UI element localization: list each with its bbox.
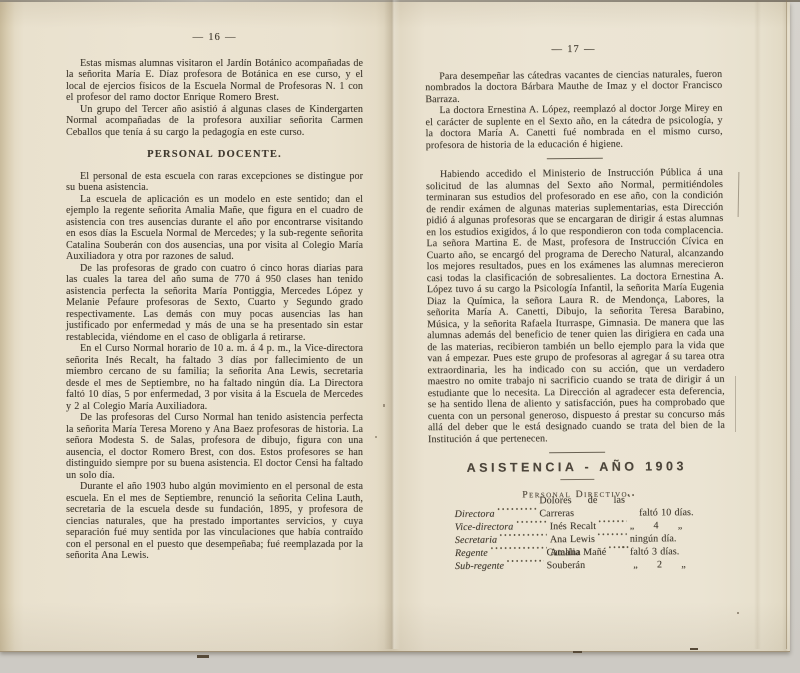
role-label: Directora [455,508,495,521]
section-divider-rule-1 [546,158,602,159]
bottom-ink-mark-2 [573,651,582,653]
dot-leader [628,494,636,497]
role-label: Sub-regente [455,560,504,573]
right-page: — 17 — Para desempeñar las cátedras vaca… [425,43,726,573]
left-paragraph-1: Estas mismas alumnas visitaron el Jardín… [66,58,363,104]
book-scan: — 16 — Estas mismas alumnas visitaron el… [0,0,800,673]
person-name: Catalina Souberán [546,546,619,573]
center-gutter-crease [384,0,400,649]
bottom-ink-mark-1 [197,655,209,658]
dot-leader [516,520,546,523]
dot-leader [491,546,547,549]
page-right-edge [786,0,787,649]
attendance-table: Directora Dolores de las Carreras faltó … [455,506,719,573]
left-paragraph-7: De las profesoras del Curso Normal han t… [66,412,363,481]
role-label: Secretaria [455,534,497,547]
right-paragraph-3: Habiendo accedido el Ministerio de Instr… [426,167,725,445]
section-divider-rule-2 [549,452,605,453]
person-name: Inés Recalt [550,520,597,533]
asistencia-heading: ASISTENCIA - AÑO 1903 [428,461,725,475]
left-paragraph-6: En el Curso Normal horario de 10 a. m. á… [66,343,363,412]
person-name: Dolores de las Carreras [539,494,625,521]
left-paragraph-4: La escuela de aplicación es un modelo en… [66,194,363,263]
dot-leader [500,533,547,536]
left-paragraph-3: El personal de esta escuela con raras ex… [66,171,363,194]
personal-docente-heading: PERSONAL DOCENTE. [66,149,363,161]
gutter-speck-1 [383,404,385,407]
absence-value: faltó 10 días. [639,506,718,520]
scan-top-edge [0,0,800,2]
right-page-number: — 17 — [425,43,722,57]
left-paragraph-5: De las profesoras de grado con cuatro ó … [66,263,363,344]
heading-underline-rule [560,478,594,479]
role-label: Vice-directora [455,520,514,533]
dot-leader [599,520,627,523]
absence-value: „ 4 „ [630,519,718,533]
bottom-ink-mark-3 [690,648,698,650]
right-page-fold [754,0,761,649]
absence-value: „ 2 „ [633,558,718,572]
dot-leader [507,559,544,562]
dot-leader [598,533,627,536]
dot-leader [622,546,630,549]
margin-speck-1 [737,612,739,614]
left-page-number: — 16 — [66,32,363,44]
margin-pencil-mark-2 [735,376,736,432]
role-label: Regente [455,547,488,560]
dot-leader [498,507,537,510]
right-paragraph-2: La doctora Ernestina A. López, reemplazó… [425,103,722,151]
table-row: Sub-regente Catalina Souberán „ 2 „ [455,558,718,573]
absence-value: faltó 3 días. [630,545,718,559]
left-page: — 16 — Estas mismas alumnas visitaron el… [66,32,363,562]
right-paragraph-1: Para desempeñar las cátedras vacantes de… [425,68,722,105]
person-name: Ana Lewis [550,533,595,546]
absence-value: ningún día. [630,532,718,546]
left-paragraph-8: Durante el año 1903 hubo algún movimient… [66,481,363,562]
left-paragraph-2: Un grupo del Tercer año asistió á alguna… [66,104,363,139]
gutter-speck-2 [375,436,377,438]
